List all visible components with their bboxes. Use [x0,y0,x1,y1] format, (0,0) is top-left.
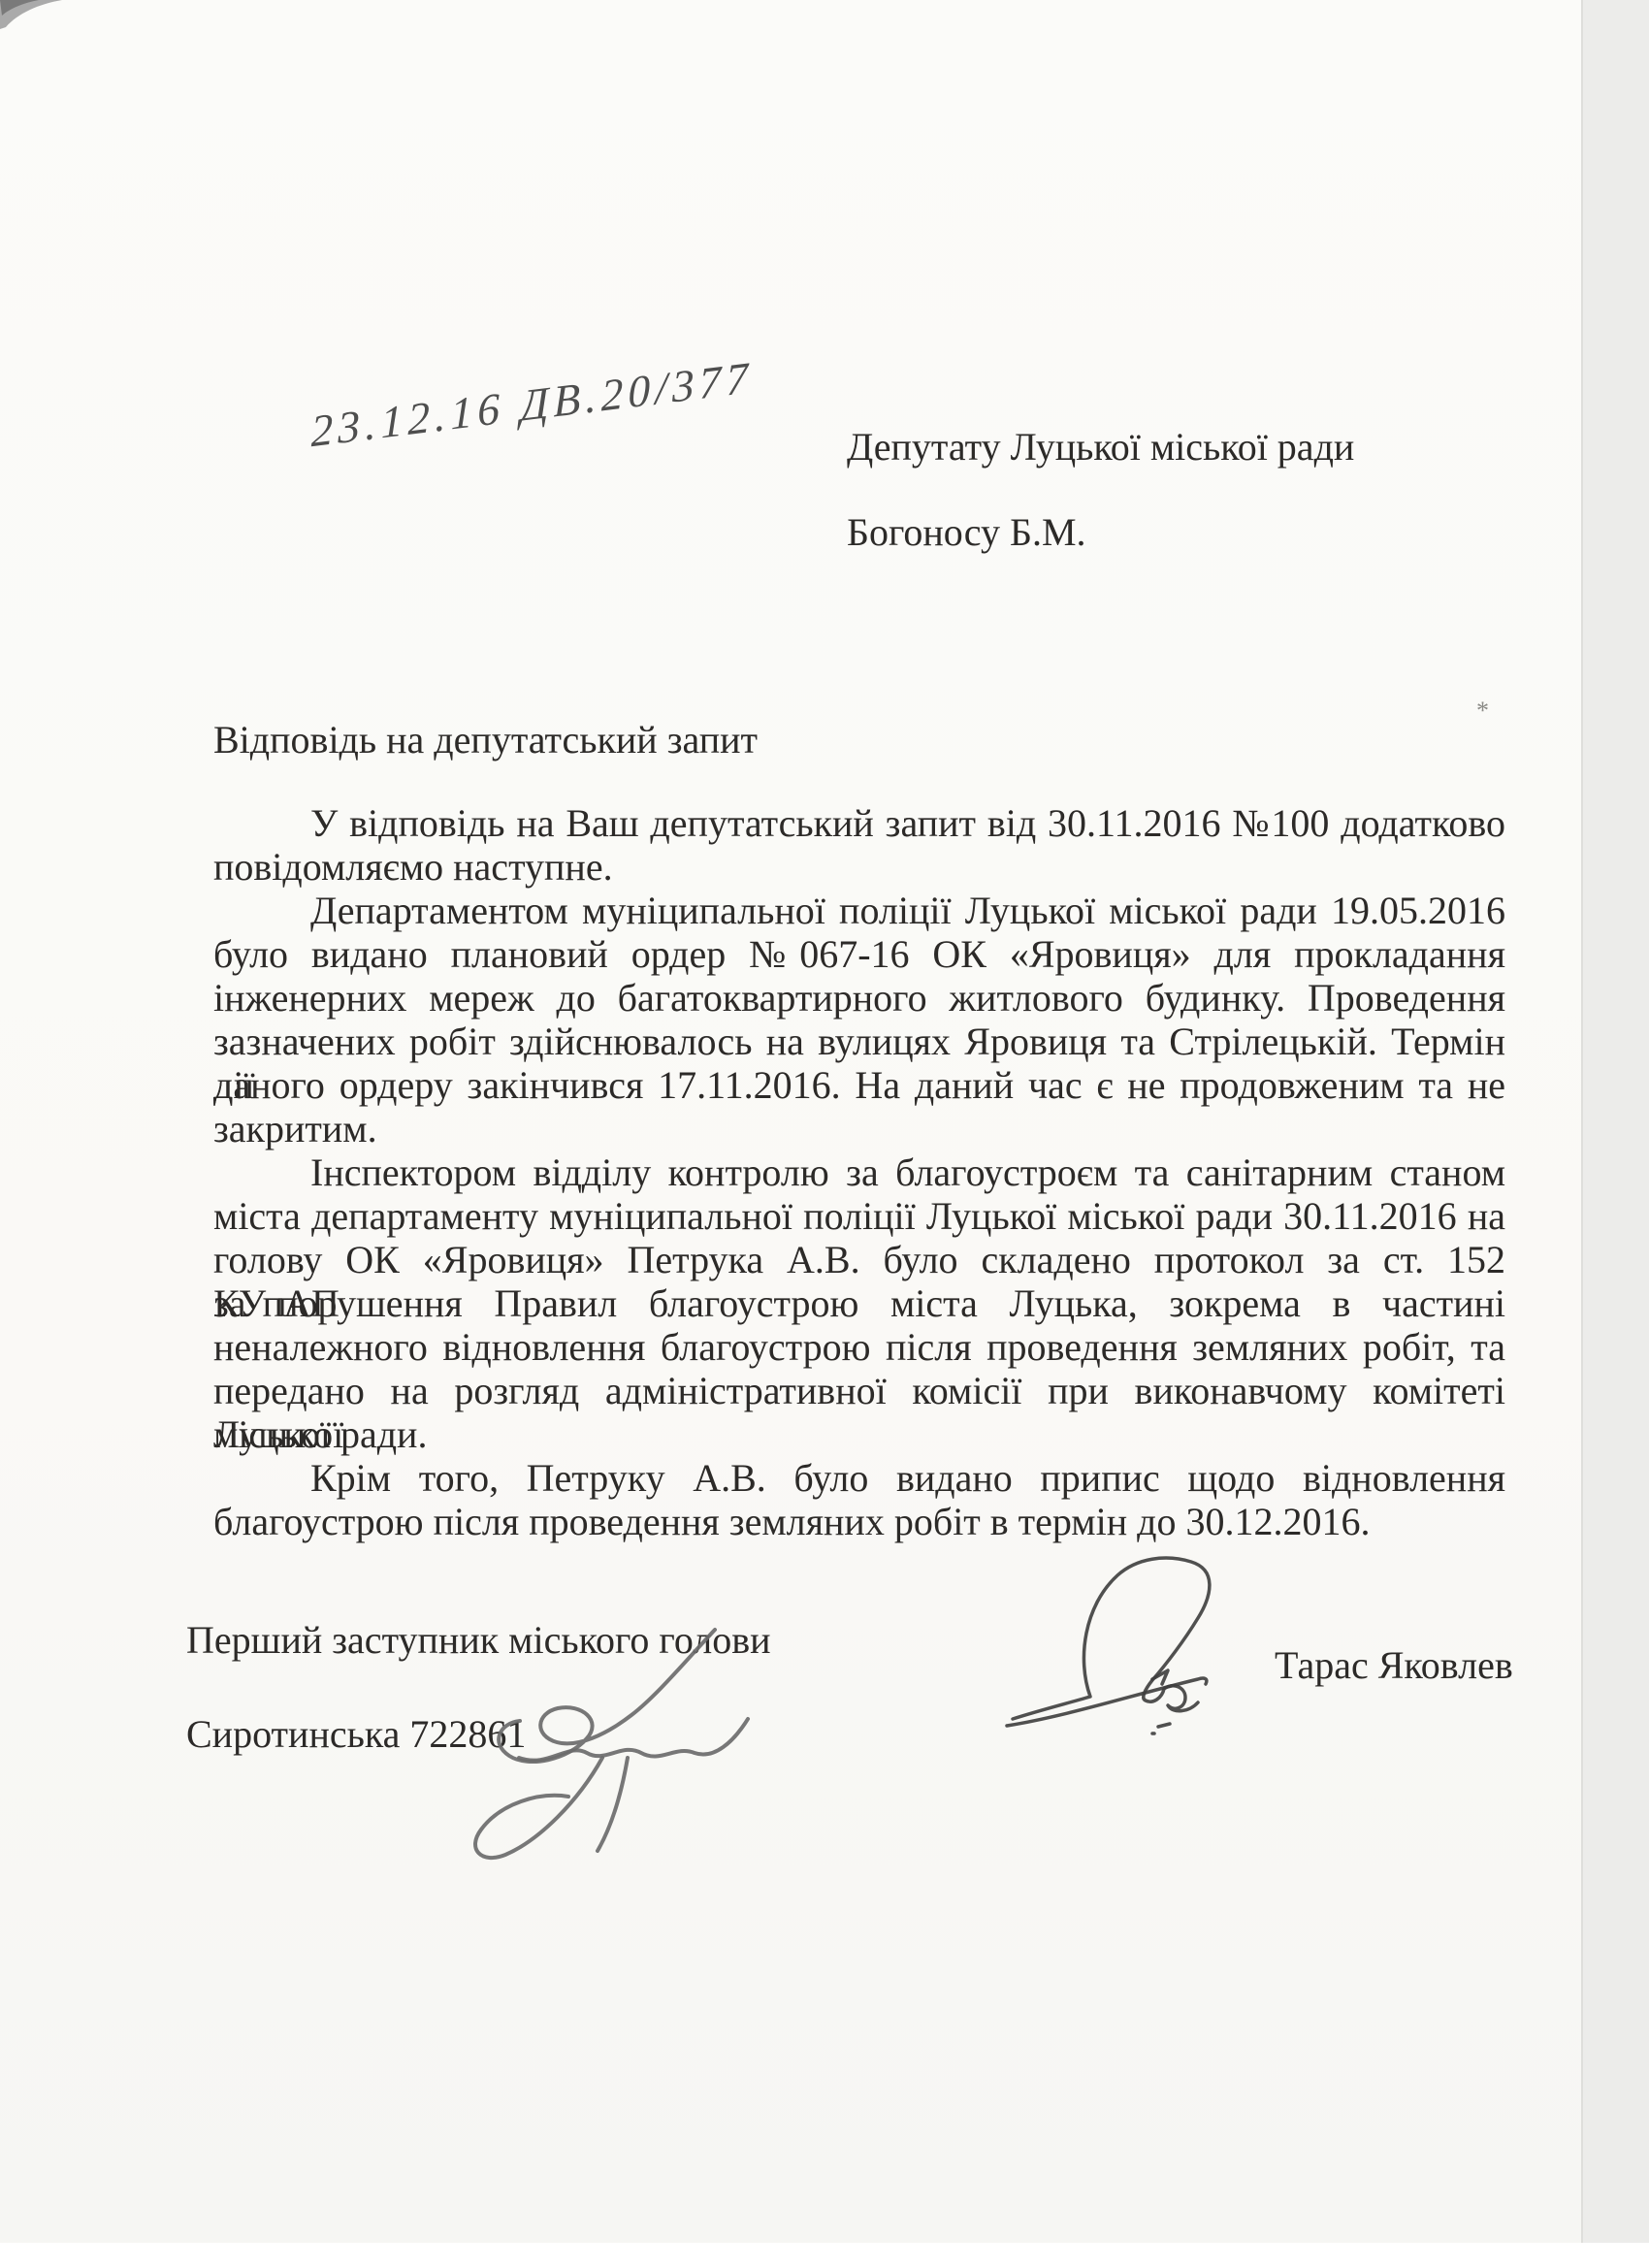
paragraph-line: Крім того, Петруку А.В. було видано прип… [213,1456,1505,1500]
paragraph-line: повідомляємо наступне. [213,845,1505,889]
paragraph-line: У відповідь на Ваш депутатський запит ві… [213,801,1505,845]
body-text: У відповідь на Ваш депутатський запит ві… [213,801,1505,1543]
paragraph-line: Департаментом муніципальної поліції Луць… [213,889,1505,932]
paragraph: Крім того, Петруку А.В. було видано прип… [213,1456,1505,1543]
paragraph-line: даного ордеру закінчився 17.11.2016. На … [213,1063,1505,1107]
scan-speck-asterisk: * [1476,697,1489,726]
paragraph: У відповідь на Ваш депутатський запит ві… [213,801,1505,889]
paragraph-line: передано на розгляд адміністративної ком… [213,1369,1505,1412]
paragraph-line: благоустрою після проведення земляних ро… [213,1500,1505,1543]
paragraph-line: було видано плановий ордер №067-16 ОК «Я… [213,932,1505,976]
paragraph: Інспектором відділу контролю за благоуст… [213,1150,1505,1456]
paragraph: Департаментом муніципальної поліції Луць… [213,889,1505,1150]
scan-edge-right [1581,0,1649,2243]
executor-signature-ink [422,1612,791,1864]
scanned-letter-page: 23.12.16 ДВ.20/377 Депутату Луцької місь… [0,0,1649,2268]
paragraph-line: Інспектором відділу контролю за благоуст… [213,1150,1505,1194]
paragraph-line: міста департаменту муніципальної поліції… [213,1194,1505,1238]
addressee-block: Депутату Луцької міської ради Богоносу Б… [847,425,1354,596]
paragraph-line: неналежного відновлення благоустрою післ… [213,1325,1505,1369]
document-title: Відповідь на депутатський запит [213,718,758,761]
signer-signature-ink [999,1552,1280,1751]
paragraph-line: зазначених робіт здійснювалось на вулиця… [213,1020,1505,1063]
paragraph-line: голову ОК «Яровиця» Петрука А.В. було ск… [213,1238,1505,1281]
paragraph-line: міської ради. [213,1412,1505,1456]
paragraph-line: закритим. [213,1107,1505,1150]
scan-edge-bottom [0,2243,1649,2268]
signer-name: Тарас Яковлев [1275,1643,1513,1687]
paragraph-line: інженерних мереж до багатоквартирного жи… [213,976,1505,1020]
addressee-line-1: Депутату Луцької міської ради [847,425,1354,469]
scan-corner-artifact [0,0,87,35]
addressee-line-2: Богоносу Б.М. [847,510,1354,554]
paragraph-line: за порушення Правил благоустрою міста Лу… [213,1281,1505,1325]
